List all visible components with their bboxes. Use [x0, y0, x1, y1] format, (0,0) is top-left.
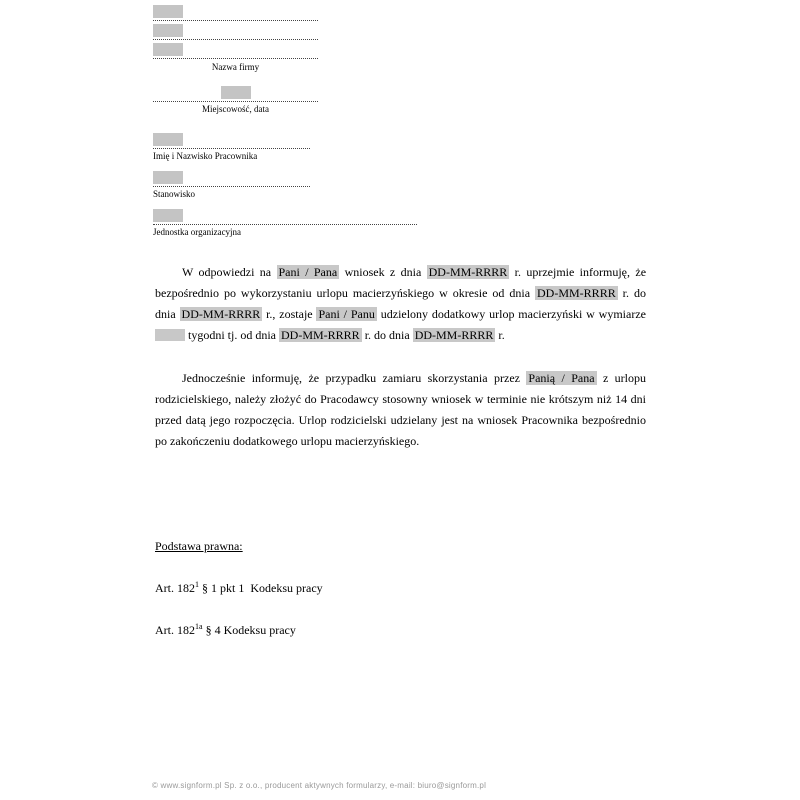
footer-credit: © www.signform.pl Sp. z o.o., producent … — [152, 781, 486, 790]
dotted-line — [153, 24, 318, 40]
company-name-row — [153, 5, 318, 21]
dotted-line — [153, 86, 318, 102]
dotted-line — [153, 171, 310, 187]
additional-start-date-field[interactable]: DD-MM-RRRR — [279, 328, 362, 342]
letter-paragraph-2: Jednocześnie informuję, że przypadku zam… — [155, 368, 646, 452]
legal-basis-block: Podstawa prawna: Art. 1821 § 1 pkt 1 Kod… — [155, 511, 323, 651]
dotted-line — [153, 5, 318, 21]
additional-end-date-field[interactable]: DD-MM-RRRR — [413, 328, 496, 342]
place-date-label: Miejscowość, data — [153, 104, 318, 115]
letter-paragraph-1: W odpowiedzi na Pani / Pana wniosek z dn… — [155, 262, 646, 346]
company-name-field-3[interactable] — [153, 43, 183, 56]
org-unit-field[interactable] — [153, 209, 183, 222]
employee-block: Imię i Nazwisko Pracownika Stanowisko Je… — [153, 133, 417, 247]
legal-basis-item-2: Art. 1821a § 4 Kodeksu pracy — [155, 623, 323, 637]
company-name-block: Nazwa firmy — [153, 5, 318, 73]
org-unit-row: Jednostka organizacyjna — [153, 209, 417, 238]
maternity-end-date-field[interactable]: DD-MM-RRRR — [180, 307, 263, 321]
legal-basis-item-1: Art. 1821 § 1 pkt 1 Kodeksu pracy — [155, 581, 323, 595]
weeks-count-field[interactable] — [155, 329, 185, 341]
employee-name-field[interactable] — [153, 133, 183, 146]
legal-basis-heading: Podstawa prawna: — [155, 539, 323, 553]
letter-body: W odpowiedzi na Pani / Pana wniosek z dn… — [155, 262, 646, 452]
company-name-field-1[interactable] — [153, 5, 183, 18]
company-name-row — [153, 43, 318, 59]
place-date-field[interactable] — [221, 86, 251, 99]
superscript: 1a — [195, 622, 203, 631]
employee-name-label: Imię i Nazwisko Pracownika — [153, 151, 417, 162]
place-date-block: Miejscowość, data — [153, 86, 318, 115]
company-name-row — [153, 24, 318, 40]
salutation-accusative-field[interactable]: Panią / Pana — [526, 371, 596, 385]
request-date-field[interactable]: DD-MM-RRRR — [427, 265, 510, 279]
company-name-field-2[interactable] — [153, 24, 183, 37]
dotted-line — [153, 43, 318, 59]
position-row: Stanowisko — [153, 171, 417, 200]
company-name-label: Nazwa firmy — [153, 62, 318, 73]
position-field[interactable] — [153, 171, 183, 184]
employee-name-row: Imię i Nazwisko Pracownika — [153, 133, 417, 162]
position-label: Stanowisko — [153, 189, 417, 200]
dotted-line — [153, 133, 310, 149]
org-unit-label: Jednostka organizacyjna — [153, 227, 417, 238]
dotted-line — [153, 209, 417, 225]
maternity-start-date-field[interactable]: DD-MM-RRRR — [535, 286, 618, 300]
superscript: 1 — [195, 580, 199, 589]
salutation-field[interactable]: Pani / Pana — [277, 265, 340, 279]
salutation-dative-field[interactable]: Pani / Panu — [316, 307, 376, 321]
